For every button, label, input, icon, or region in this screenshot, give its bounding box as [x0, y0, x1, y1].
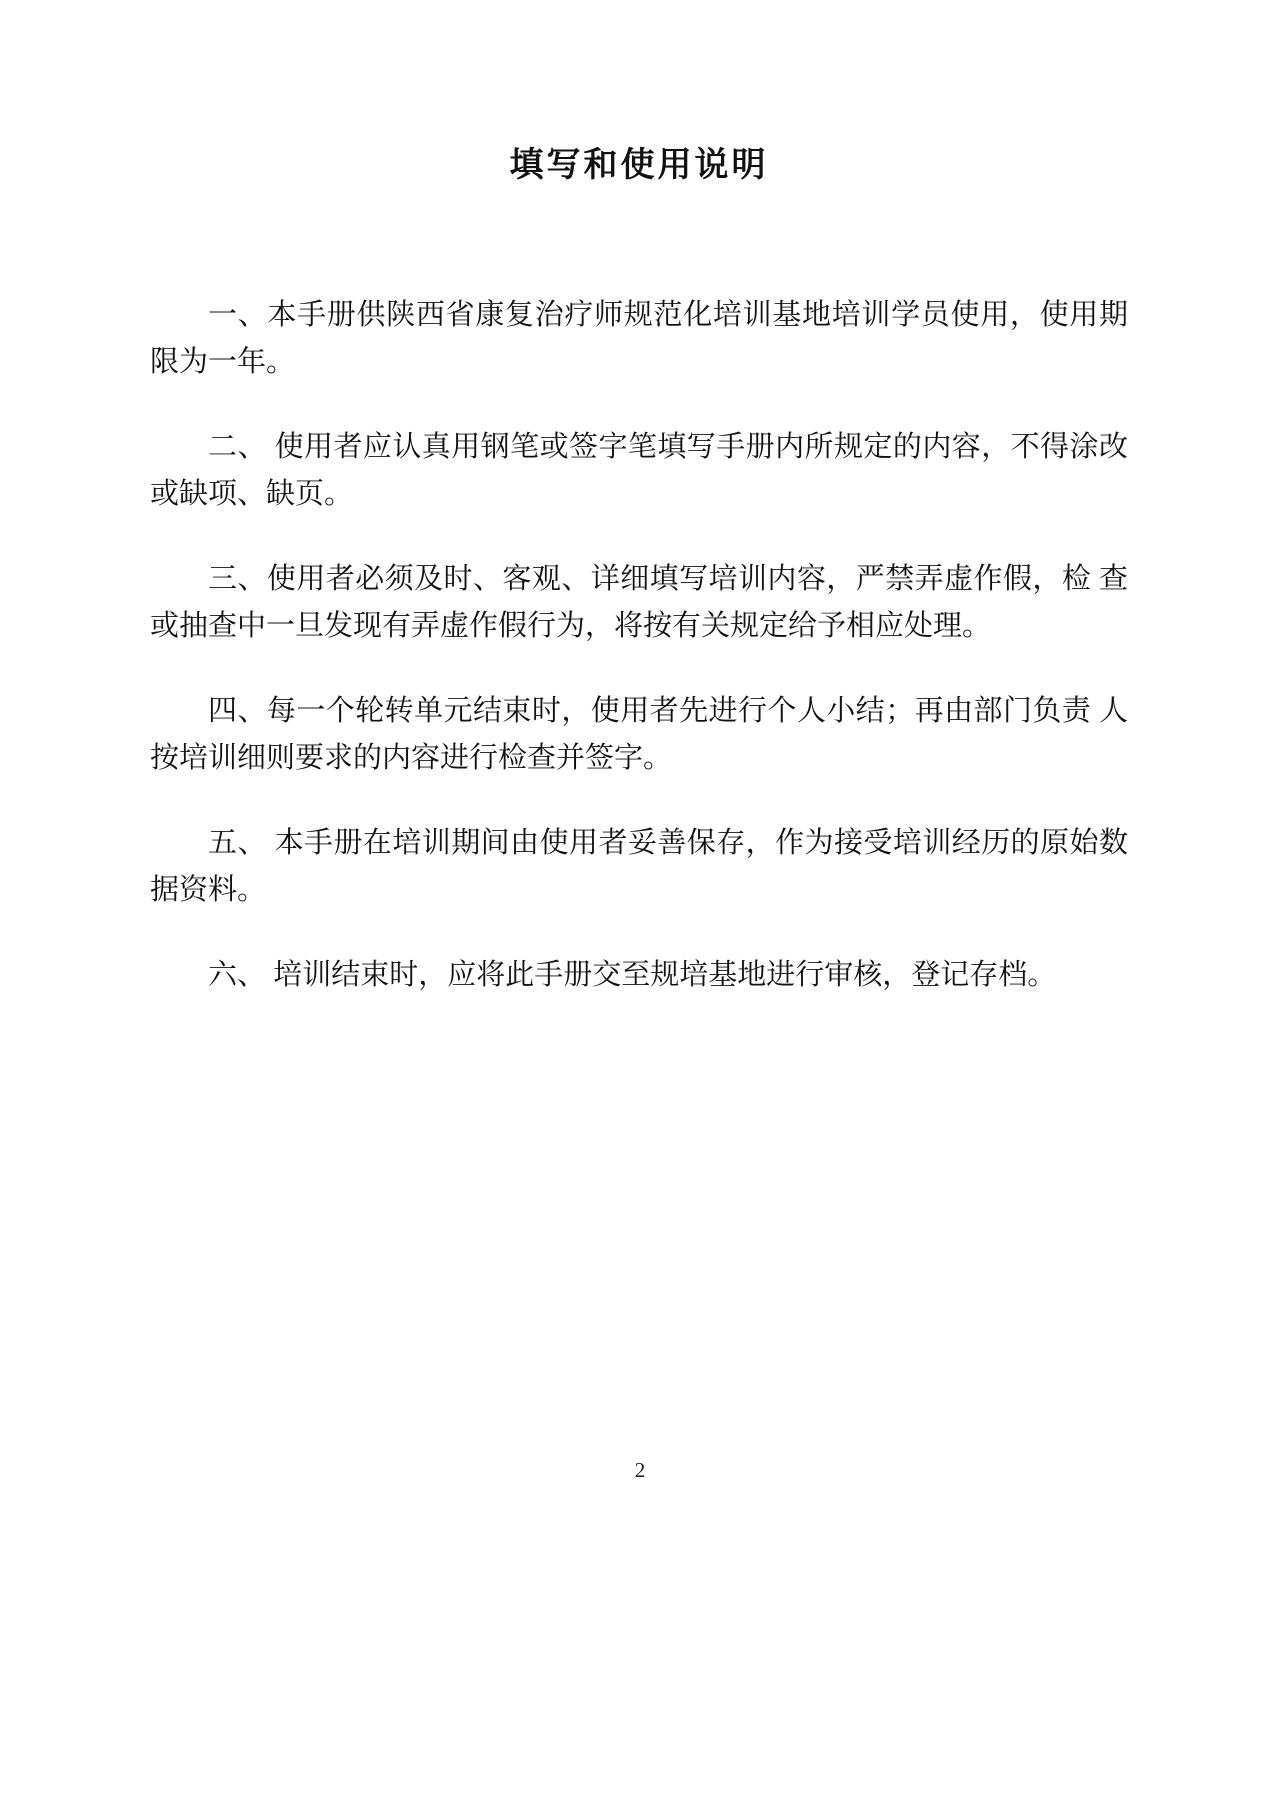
paragraph-2: 二、 使用者应认真用钢笔或签字笔填写手册内所规定的内容，不得涂改或缺项、缺页。 [150, 424, 1128, 518]
page-title: 填写和使用说明 [150, 142, 1128, 190]
document-page: 填写和使用说明 一、本手册供陕西省康复治疗师规范化培训基地培训学员使用，使用期限… [0, 0, 1280, 1810]
paragraph-6: 六、 培训结束时，应将此手册交至规培基地进行审核，登记存档。 [150, 952, 1128, 999]
paragraph-3: 三、使用者必须及时、客观、详细填写培训内容，严禁弄虚作假，检 查或抽查中一旦发现… [150, 556, 1128, 650]
paragraph-4: 四、每一个轮转单元结束时，使用者先进行个人小结；再由部门负责 人按培训细则要求的… [150, 688, 1128, 782]
page-number: 2 [0, 1458, 1280, 1483]
document-content: 填写和使用说明 一、本手册供陕西省康复治疗师规范化培训基地培训学员使用，使用期限… [150, 142, 1128, 1037]
paragraph-5: 五、 本手册在培训期间由使用者妥善保存，作为接受培训经历的原始数据资料。 [150, 820, 1128, 914]
paragraph-1: 一、本手册供陕西省康复治疗师规范化培训基地培训学员使用，使用期限为一年。 [150, 292, 1128, 386]
